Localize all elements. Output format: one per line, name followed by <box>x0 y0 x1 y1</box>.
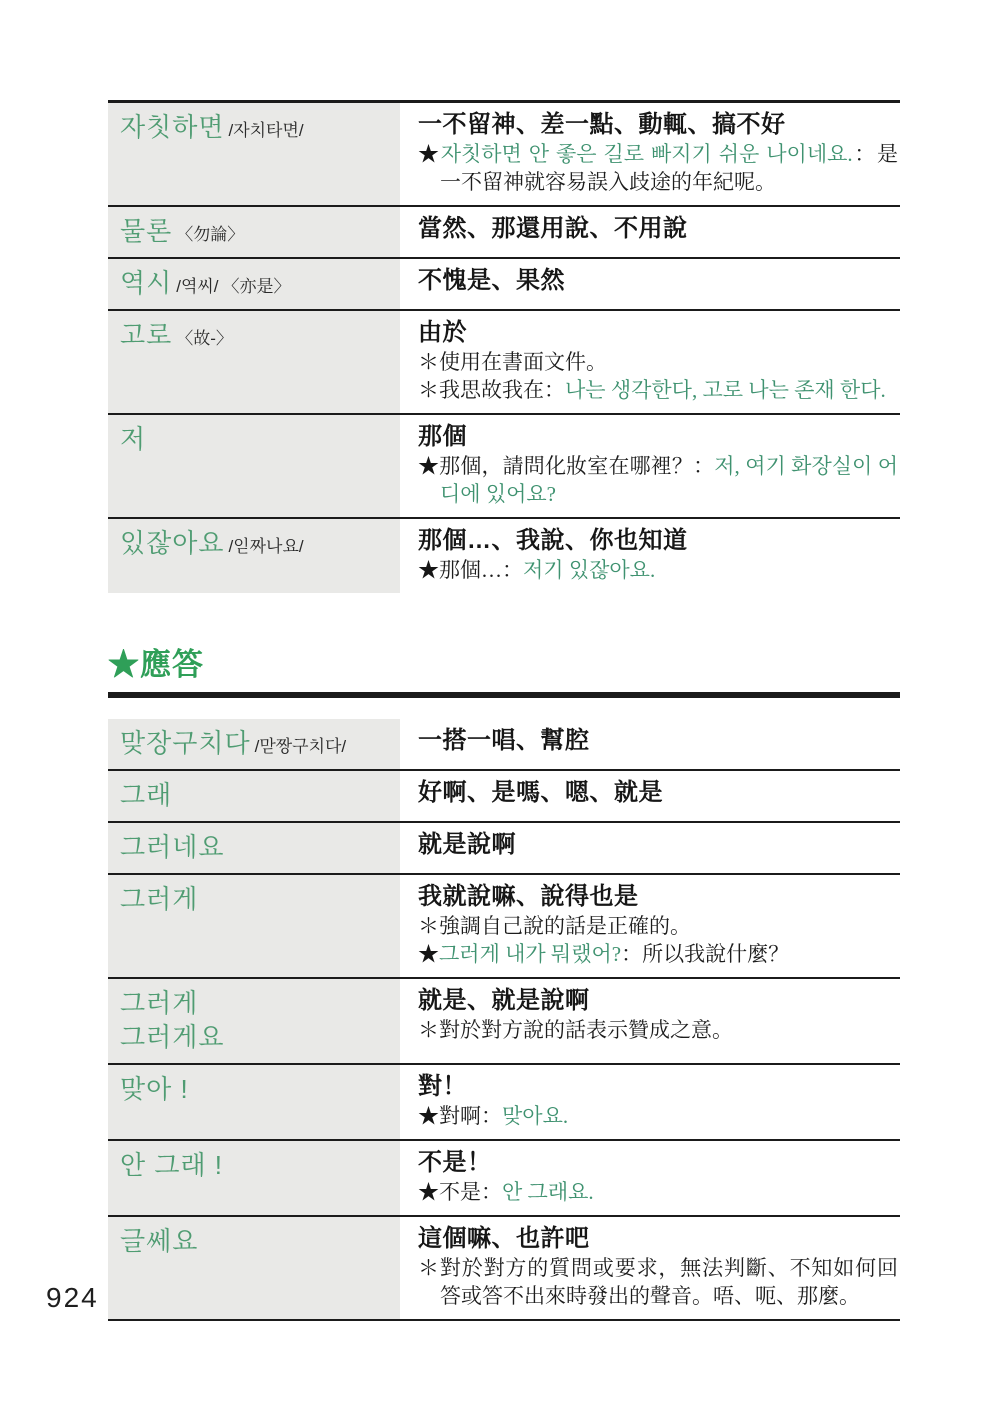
definition: 一不留神、差一點、動輒、搞不好 <box>418 109 898 140</box>
example-note: ★那個…：저기 있잖아요. <box>418 556 898 584</box>
asterisk-marker: ＊ <box>418 350 439 374</box>
chinese-note: 對於對方的質問或要求，無法判斷、不知如何回答或答不出來時發出的聲音。唔、呃、那麼… <box>440 1256 898 1308</box>
pronunciation: /읻짜나요/ <box>228 537 303 556</box>
example-note: ★그러게 내가 뭐랬어?：所以我說什麼？ <box>418 940 898 968</box>
example-note: ＊我思故我在：나는 생각한다, 고로 나는 존재 한다. <box>418 376 898 404</box>
hanja-origin: 〈故-〉 <box>176 329 233 348</box>
chinese-note: 對於對方說的話表示贊成之意。 <box>439 1018 733 1042</box>
korean-headword: 그러네요 <box>120 832 224 862</box>
dictionary-page: 자칫하면/자치타면/ 一不留神、差一點、動輒、搞不好 ★자칫하면 안 좋은 길로… <box>0 0 1000 1420</box>
asterisk-marker: ＊ <box>418 914 439 938</box>
definition-cell: 就是、就是說啊 ＊對於對方說的話表示贊成之意。 <box>400 979 900 1063</box>
usage-note: ＊強調自己說的話是正確的。 <box>418 912 898 940</box>
star-marker: ★ <box>418 942 439 966</box>
headword-cell: 그러게 <box>108 875 400 977</box>
section-divider <box>108 692 900 698</box>
headword-cell: 안 그래 ! <box>108 1141 400 1215</box>
table-row: 안 그래 ! 不是！ ★不是：안 그래요. <box>108 1141 900 1217</box>
definition-cell: 一不留神、差一點、動輒、搞不好 ★자칫하면 안 좋은 길로 빠지기 쉬운 나이네… <box>400 103 900 205</box>
korean-headword: 맞아 ! <box>120 1074 189 1104</box>
asterisk-marker: ＊ <box>418 1256 440 1280</box>
korean-headword: 글쎄요 <box>120 1226 198 1256</box>
headword-cell: 있잖아요/읻짜나요/ <box>108 519 400 593</box>
table-row: 그래 好啊、是嗎、嗯、就是 <box>108 771 900 823</box>
korean-example: 자칫하면 안 좋은 길로 빠지기 쉬운 나이네요. <box>441 142 853 166</box>
page-content: 자칫하면/자치타면/ 一不留神、差一點、動輒、搞不好 ★자칫하면 안 좋은 길로… <box>108 100 900 1321</box>
asterisk-marker: ＊ <box>418 1018 439 1042</box>
definition: 那個…、我說、你也知道 <box>418 525 898 556</box>
korean-example: 그러게 내가 뭐랬어? <box>439 942 621 966</box>
hanja-origin: 〈勿論〉 <box>176 225 244 244</box>
korean-headword: 물론 <box>120 216 172 246</box>
table-row: 물론〈勿論〉 當然、那還用說、不用說 <box>108 207 900 259</box>
korean-example: 나는 생각한다, 고로 나는 존재 한다. <box>565 378 886 402</box>
table-row: 맞아 ! 對！ ★對啊：맞아요. <box>108 1065 900 1141</box>
definition-cell: 一搭一唱、幫腔 <box>400 719 900 769</box>
definition: 就是說啊 <box>418 829 898 860</box>
pronunciation: /자치타면/ <box>228 121 303 140</box>
table-row: 역시/역씨/〈亦是〉 不愧是、果然 <box>108 259 900 311</box>
chinese-phrase: 那個，請問化妝室在哪裡？： <box>439 454 714 478</box>
table-row: 맞장구치다/맏짱구치다/ 一搭一唱、幫腔 <box>108 719 900 771</box>
chinese-phrase: 不是： <box>439 1180 502 1204</box>
korean-example: 맞아요. <box>502 1104 568 1128</box>
vocab-table-bottom: 맞장구치다/맏짱구치다/ 一搭一唱、幫腔 그래 好啊、是嗎、嗯、就是 그러네요 <box>108 719 900 1321</box>
headword-cell: 맞장구치다/맏짱구치다/ <box>108 719 400 769</box>
korean-headword: 그래 <box>120 780 172 810</box>
definition: 一搭一唱、幫腔 <box>418 725 898 756</box>
example-note: ★자칫하면 안 좋은 길로 빠지기 쉬운 나이네요.：是一不留神就容易誤入歧途的… <box>418 140 898 196</box>
korean-headword: 역시 <box>120 268 172 298</box>
headword-cell: 물론〈勿論〉 <box>108 207 400 257</box>
korean-headword: 그러게 <box>120 884 198 914</box>
section-title-text: 應答 <box>140 647 204 682</box>
korean-headword: 고로 <box>120 320 172 350</box>
definition: 我就說嘛、說得也是 <box>418 881 898 912</box>
chinese-note: 強調自己說的話是正確的。 <box>439 914 691 938</box>
headword-cell: 그러게그러게요 <box>108 979 400 1063</box>
headword-cell: 글쎄요 <box>108 1217 400 1319</box>
asterisk-marker: ＊ <box>418 378 439 402</box>
table-row: 그러게 我就說嘛、說得也是 ＊強調自己說的話是正確的。 ★그러게 내가 뭐랬어?… <box>108 875 900 979</box>
chinese-phrase: 我思故我在： <box>439 378 565 402</box>
star-marker: ★ <box>418 1180 439 1204</box>
definition-cell: 那個 ★那個，請問化妝室在哪裡？：저, 여기 화장실이 어디에 있어요? <box>400 415 900 517</box>
korean-headword: 그러게 <box>120 986 392 1020</box>
definition-cell: 不是！ ★不是：안 그래요. <box>400 1141 900 1215</box>
headword-cell: 그래 <box>108 771 400 821</box>
korean-headword: 맞장구치다 <box>120 728 251 758</box>
vocab-table-top: 자칫하면/자치타면/ 一不留神、差一點、動輒、搞不好 ★자칫하면 안 좋은 길로… <box>108 100 900 593</box>
chinese-phrase: 對啊： <box>439 1104 502 1128</box>
definition: 就是、就是說啊 <box>418 985 898 1016</box>
korean-headword: 안 그래 ! <box>120 1150 223 1180</box>
table-row: 저 那個 ★那個，請問化妝室在哪裡？：저, 여기 화장실이 어디에 있어요? <box>108 415 900 519</box>
definition: 那個 <box>418 421 898 452</box>
page-number: 924 <box>46 1282 99 1314</box>
chinese-phrase: 那個…： <box>439 558 523 582</box>
star-icon: ★ <box>108 647 140 682</box>
definition: 不愧是、果然 <box>418 265 898 296</box>
definition: 這個嘛、也許吧 <box>418 1223 898 1254</box>
usage-note: ＊使用在書面文件。 <box>418 348 898 376</box>
headword-cell: 그러네요 <box>108 823 400 873</box>
table-row: 고로〈故-〉 由於 ＊使用在書面文件。 ＊我思故我在：나는 생각한다, 고로 나… <box>108 311 900 415</box>
definition-cell: 當然、那還用說、不用說 <box>400 207 900 257</box>
section-title: ★應答 <box>108 647 900 683</box>
definition: 對！ <box>418 1071 898 1102</box>
definition-cell: 好啊、是嗎、嗯、就是 <box>400 771 900 821</box>
example-note: ★對啊：맞아요. <box>418 1102 898 1130</box>
star-marker: ★ <box>418 1104 439 1128</box>
table-row: 있잖아요/읻짜나요/ 那個…、我說、你也知道 ★那個…：저기 있잖아요. <box>108 519 900 593</box>
definition-cell: 這個嘛、也許吧 ＊對於對方的質問或要求，無法判斷、不知如何回答或答不出來時發出的… <box>400 1217 900 1319</box>
table-row: 그러게그러게요 就是、就是說啊 ＊對於對方說的話表示贊成之意。 <box>108 979 900 1065</box>
korean-headword-variant: 그러게요 <box>120 1020 392 1054</box>
korean-headword: 자칫하면 <box>120 112 224 142</box>
headword-cell: 자칫하면/자치타면/ <box>108 103 400 205</box>
headword-cell: 저 <box>108 415 400 517</box>
pronunciation: /맏짱구치다/ <box>255 737 347 756</box>
definition: 當然、那還用說、不用說 <box>418 213 898 244</box>
usage-note: ＊對於對方說的話表示贊成之意。 <box>418 1016 898 1044</box>
definition-cell: 對！ ★對啊：맞아요. <box>400 1065 900 1139</box>
chinese-translation: ：所以我說什麼？ <box>621 942 789 966</box>
usage-note: ＊對於對方的質問或要求，無法判斷、不知如何回答或答不出來時發出的聲音。唔、呃、那… <box>418 1254 898 1310</box>
definition: 由於 <box>418 317 898 348</box>
section-header: ★應答 <box>108 647 900 698</box>
star-marker: ★ <box>418 142 441 166</box>
definition-cell: 就是說啊 <box>400 823 900 873</box>
example-note: ★不是：안 그래요. <box>418 1178 898 1206</box>
definition-cell: 那個…、我說、你也知道 ★那個…：저기 있잖아요. <box>400 519 900 593</box>
definition-cell: 不愧是、果然 <box>400 259 900 309</box>
table-row: 자칫하면/자치타면/ 一不留神、差一點、動輒、搞不好 ★자칫하면 안 좋은 길로… <box>108 103 900 207</box>
hanja-origin: 〈亦是〉 <box>223 277 291 296</box>
chinese-note: 使用在書面文件。 <box>439 350 607 374</box>
definition: 好啊、是嗎、嗯、就是 <box>418 777 898 808</box>
pronunciation: /역씨/ <box>176 277 218 296</box>
definition-cell: 我就說嘛、說得也是 ＊強調自己說的話是正確的。 ★그러게 내가 뭐랬어?：所以我… <box>400 875 900 977</box>
headword-cell: 역시/역씨/〈亦是〉 <box>108 259 400 309</box>
headword-cell: 고로〈故-〉 <box>108 311 400 413</box>
korean-example: 저기 있잖아요. <box>523 558 655 582</box>
definition: 不是！ <box>418 1147 898 1178</box>
example-note: ★那個，請問化妝室在哪裡？：저, 여기 화장실이 어디에 있어요? <box>418 452 898 508</box>
star-marker: ★ <box>418 558 439 582</box>
korean-example: 안 그래요. <box>502 1180 594 1204</box>
star-marker: ★ <box>418 454 439 478</box>
definition-cell: 由於 ＊使用在書面文件。 ＊我思故我在：나는 생각한다, 고로 나는 존재 한다… <box>400 311 900 413</box>
table-row: 글쎄요 這個嘛、也許吧 ＊對於對方的質問或要求，無法判斷、不知如何回答或答不出來… <box>108 1217 900 1321</box>
korean-headword: 있잖아요 <box>120 528 224 558</box>
table-row: 그러네요 就是說啊 <box>108 823 900 875</box>
korean-headword: 저 <box>120 424 146 454</box>
headword-cell: 맞아 ! <box>108 1065 400 1139</box>
